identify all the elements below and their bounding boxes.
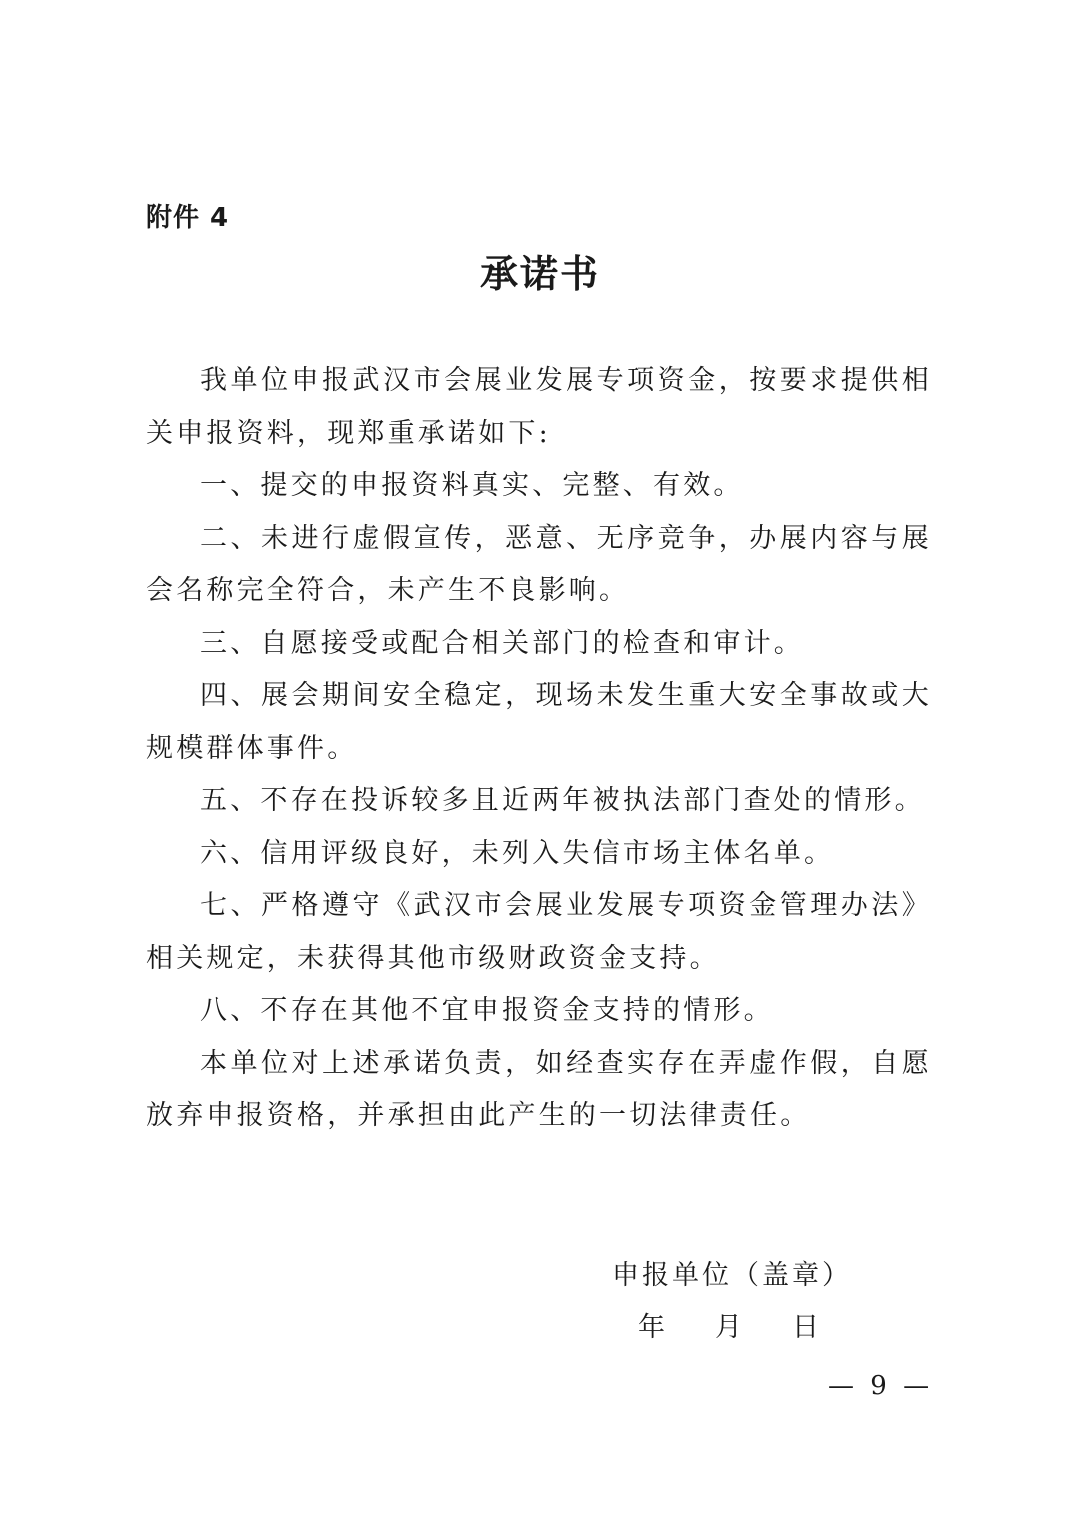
commitment-item-8: 八、不存在其他不宜申报资金支持的情形。: [146, 985, 932, 1038]
date-year: 年: [638, 1302, 665, 1354]
document-body: 我单位申报武汉市会展业发展专项资金，按要求提供相关申报资料，现郑重承诺如下: 一…: [146, 355, 932, 1143]
commitment-item-7: 七、严格遵守《武汉市会展业发展专项资金管理办法》相关规定，未获得其他市级财政资金…: [146, 880, 932, 985]
commitment-item-6: 六、信用评级良好，未列入失信市场主体名单。: [146, 828, 932, 881]
commitment-item-4: 四、展会期间安全稳定，现场未发生重大安全事故或大规模群体事件。: [146, 670, 932, 775]
closing-paragraph: 本单位对上述承诺负责，如经查实存在弄虚作假，自愿放弃申报资格，并承担由此产生的一…: [146, 1038, 932, 1143]
commitment-item-2: 二、未进行虚假宣传，恶意、无序竞争，办展内容与展会名称完全符合，未产生不良影响。: [146, 513, 932, 618]
date-month: 月: [715, 1302, 742, 1354]
commitment-item-3: 三、自愿接受或配合相关部门的检查和审计。: [146, 618, 932, 671]
date-day: 日: [792, 1302, 819, 1354]
commitment-item-1: 一、提交的申报资料真实、完整、有效。: [146, 460, 932, 513]
document-title: 承诺书: [0, 250, 1080, 298]
commitment-item-5: 五、不存在投诉较多且近两年被执法部门查处的情形。: [146, 775, 932, 828]
attachment-label: 附件 4: [146, 200, 229, 236]
signature-line: 申报单位（盖章）: [612, 1250, 852, 1302]
intro-paragraph: 我单位申报武汉市会展业发展专项资金，按要求提供相关申报资料，现郑重承诺如下:: [146, 355, 932, 460]
date-line: 年 月 日: [638, 1302, 819, 1354]
page-number: — 9 —: [828, 1366, 933, 1406]
